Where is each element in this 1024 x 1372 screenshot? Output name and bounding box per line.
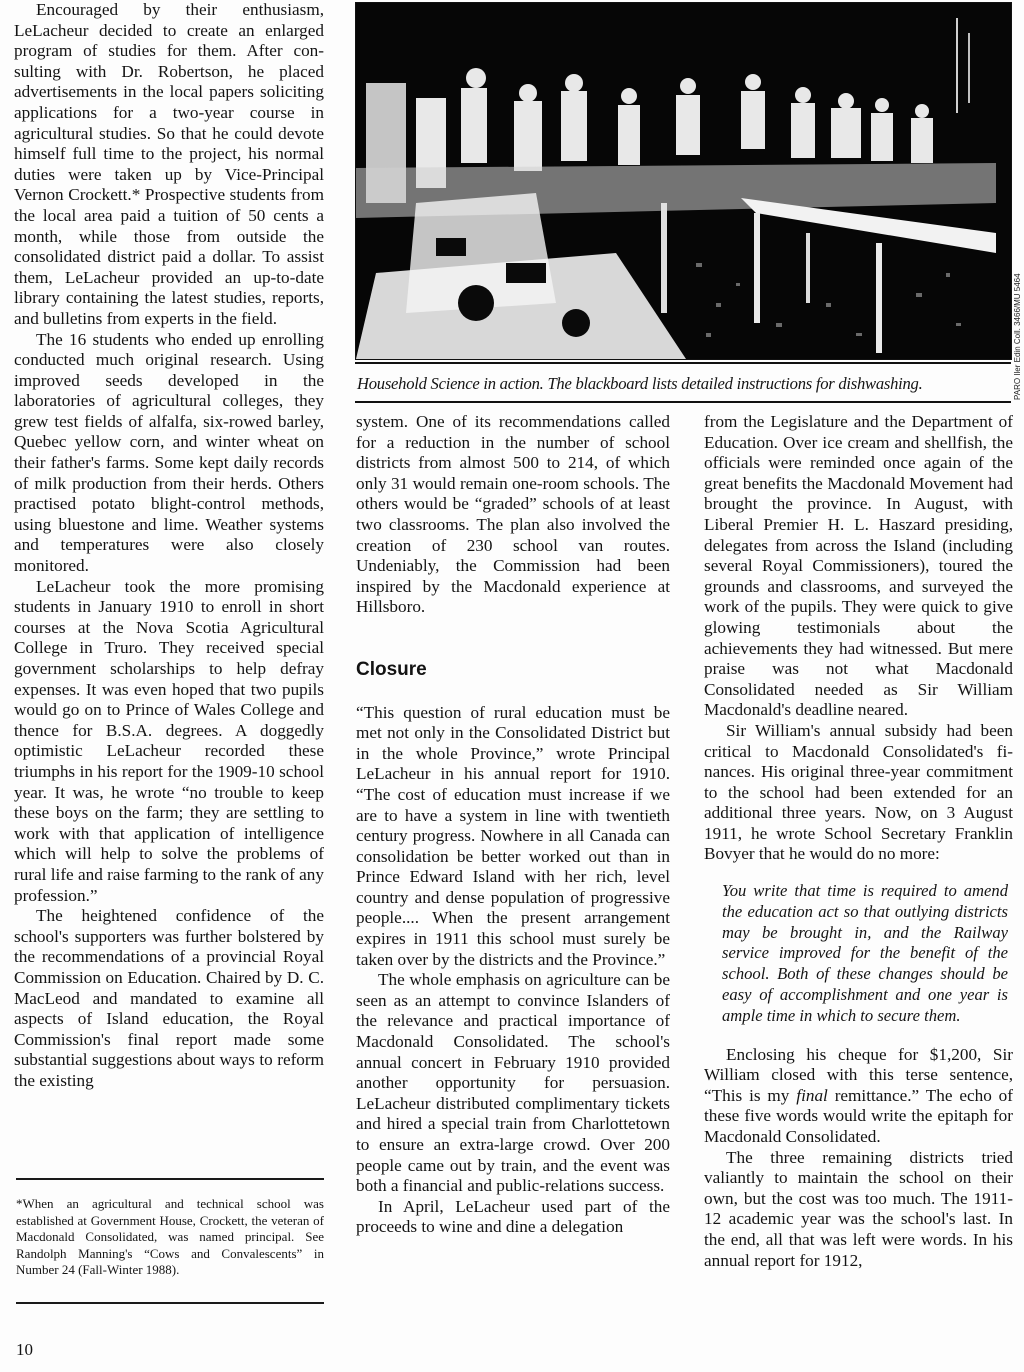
paragraph: Enclosing his cheque for $1,200, Sir Wil… [704, 1045, 1013, 1148]
page-number: 10 [16, 1340, 33, 1360]
paragraph: Encouraged by their enthusiasm, LeLacheu… [14, 0, 324, 330]
paragraph: “This question of rural education must b… [356, 703, 670, 971]
paragraph: The heightened confidence of the school'… [14, 906, 324, 1091]
caption-rule-top [355, 362, 1011, 364]
classroom-photo-illustration [356, 3, 1011, 359]
photo-credit: PARO Iler Edin Coll. 3466/MU 5464 [1012, 100, 1024, 400]
paragraph: In April, LeLacheur used part of the pro… [356, 1197, 670, 1238]
footnote-rule-bottom [16, 1302, 324, 1304]
footnote: *When an agricultural and technical scho… [16, 1196, 324, 1279]
footnote-rule-top [16, 1178, 324, 1180]
paragraph: The 16 students who ended up enroll­ing … [14, 330, 324, 577]
paragraph: from the Legislature and the Depart­ment… [704, 412, 1013, 721]
household-science-photo [355, 2, 1012, 360]
paragraph: LeLacheur took the more promising studen… [14, 577, 324, 907]
column-1: Encouraged by their enthusiasm, LeLacheu… [14, 0, 324, 1091]
column-2: system. One of its recommendations calle… [356, 412, 670, 1238]
paragraph: The whole emphasis on agriculture can be… [356, 970, 670, 1197]
column-3: from the Legislature and the Depart­ment… [704, 412, 1013, 1271]
caption-rule-bottom [355, 401, 1011, 403]
emphasis: final [796, 1086, 828, 1105]
photo-caption: Household Science in action. The blackbo… [357, 374, 1017, 394]
paragraph: system. One of its recommendations calle… [356, 412, 670, 618]
block-quote: You write that time is required to amend… [722, 881, 1008, 1027]
section-heading: Closure [356, 660, 670, 681]
paragraph: Sir William's annual subsidy had been cr… [704, 721, 1013, 865]
paragraph: The three remaining districts tried vali… [704, 1148, 1013, 1272]
